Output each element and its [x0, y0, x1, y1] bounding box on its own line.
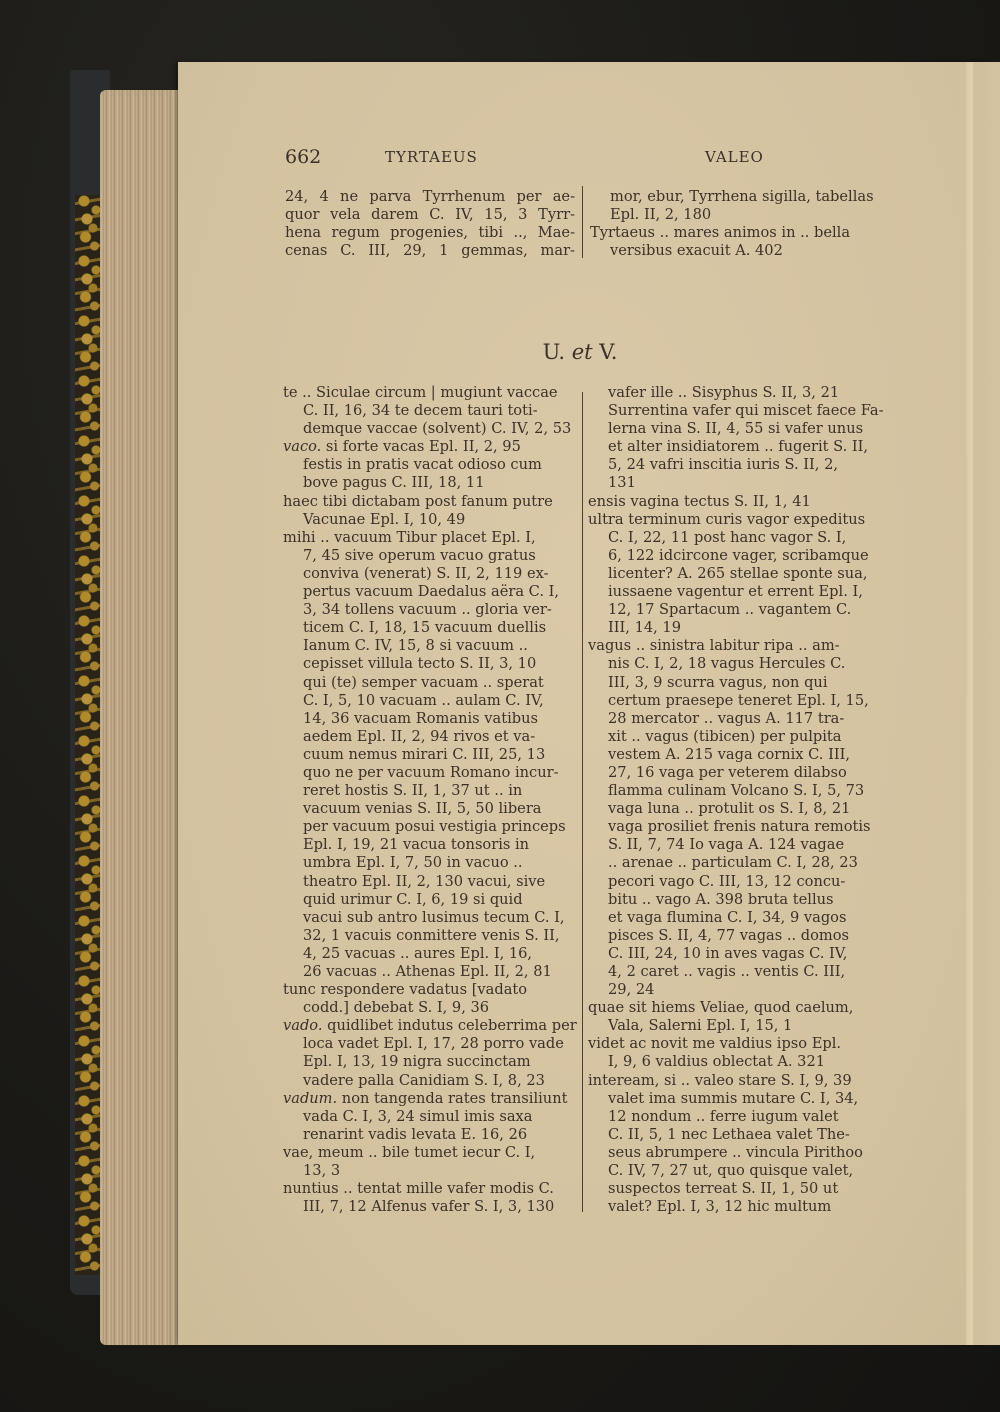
heading-letter-v: V.: [599, 340, 617, 364]
index-line: inteream, si .. valeo stare S. I, 9, 39: [588, 1072, 880, 1090]
index-line: vado. quidlibet indutus celeberrima per: [283, 1017, 575, 1035]
index-line: vestem A. 215 vaga cornix C. III,: [588, 746, 880, 764]
index-line: xit .. vagus (tibicen) per pulpita: [588, 728, 880, 746]
index-line: nis C. I, 2, 18 vagus Hercules C.: [588, 655, 880, 673]
index-line: III, 3, 9 scurra vagus, non qui: [588, 674, 880, 692]
index-line: vada C. I, 3, 24 simul imis saxa: [283, 1108, 575, 1126]
index-line: qui (te) semper vacuam .. sperat: [283, 674, 575, 692]
index-line: pecori vago C. III, 13, 12 concu-: [588, 873, 880, 891]
index-line: quid urimur C. I, 6, 19 si quid: [283, 891, 575, 909]
index-line: licenter? A. 265 stellae sponte sua,: [588, 565, 880, 583]
index-line: et vaga flumina C. I, 34, 9 vagos: [588, 909, 880, 927]
index-line: quo ne per vacuum Romano incur-: [283, 764, 575, 782]
index-line: Surrentina vafer qui miscet faece Fa-: [588, 402, 880, 420]
index-line: cuum nemus mirari C. III, 25, 13: [283, 746, 575, 764]
index-line: mihi .. vacuum Tibur placet Epl. I,: [283, 529, 575, 547]
index-line: Vala, Salerni Epl. I, 15, 1: [588, 1017, 880, 1035]
main-left-column: te .. Siculae circum | mugiunt vaccaeC. …: [283, 384, 575, 1216]
text-line: versibus exacuit A. 402: [590, 242, 885, 260]
top-left-column: 24, 4 ne parva Tyrrhenum per ae- quor ve…: [285, 188, 575, 260]
index-line: C. III, 24, 10 in aves vagas C. IV,: [588, 945, 880, 963]
index-line: 26 vacuas .. Athenas Epl. II, 2, 81: [283, 963, 575, 981]
index-line: C. II, 5, 1 nec Lethaea valet The-: [588, 1126, 880, 1144]
index-line: quae sit hiems Veliae, quod caelum,: [588, 999, 880, 1017]
index-line: umbra Epl. I, 7, 50 in vacuo ..: [283, 854, 575, 872]
index-line: 14, 36 vacuam Romanis vatibus: [283, 710, 575, 728]
lemma-headword: vaco.: [283, 438, 321, 455]
index-line: lerna vina S. II, 4, 55 si vafer unus: [588, 420, 880, 438]
lemma-headword: vado.: [283, 1017, 322, 1034]
text-line: 24, 4 ne parva Tyrrhenum per ae-: [285, 188, 575, 206]
index-line: C. I, 5, 10 vacuam .. aulam C. IV,: [283, 692, 575, 710]
section-heading: U. et V.: [480, 340, 680, 364]
index-line: Vacunae Epl. I, 10, 49: [283, 511, 575, 529]
index-line: ensis vagina tectus S. II, 1, 41: [588, 493, 880, 511]
index-line: vae, meum .. bile tumet iecur C. I,: [283, 1144, 575, 1162]
index-line: vacui sub antro lusimus tecum C. I,: [283, 909, 575, 927]
heading-et: et: [572, 340, 593, 364]
index-line: seus abrumpere .. vincula Pirithoo: [588, 1144, 880, 1162]
lemma-headword: vadum.: [283, 1090, 337, 1107]
index-line: suspectos terreat S. II, 1, 50 ut: [588, 1180, 880, 1198]
index-line: C. IV, 7, 27 ut, quo quisque valet,: [588, 1162, 880, 1180]
index-line: 131: [588, 474, 880, 492]
main-right-column: vafer ille .. Sisyphus S. II, 3, 21Surre…: [588, 384, 880, 1216]
text-line: cenas C. III, 29, 1 gemmas, mar-: [285, 242, 575, 260]
column-rule-top: [582, 186, 583, 258]
index-line: flamma culinam Volcano S. I, 5, 73: [588, 782, 880, 800]
index-line: 3, 34 tollens vacuum .. gloria ver-: [283, 601, 575, 619]
index-line: conviva (venerat) S. II, 2, 119 ex-: [283, 565, 575, 583]
running-head: 662 TYRTAEUS VALEO: [285, 148, 805, 168]
index-line: nuntius .. tentat mille vafer modis C.: [283, 1180, 575, 1198]
index-line: iussaene vagentur et errent Epl. I,: [588, 583, 880, 601]
index-line: certum praesepe teneret Epl. I, 15,: [588, 692, 880, 710]
index-line: C. I, 22, 11 post hanc vagor S. I,: [588, 529, 880, 547]
index-line: vaga prosiliet frenis natura remotis: [588, 818, 880, 836]
running-head-left: TYRTAEUS: [385, 148, 478, 166]
index-line: renarint vadis levata E. 16, 26: [283, 1126, 575, 1144]
index-line: valet? Epl. I, 3, 12 hic multum: [588, 1198, 880, 1216]
text-line: hena regum progenies, tibi .., Mae-: [285, 224, 575, 242]
index-line: codd.] debebat S. I, 9, 36: [283, 999, 575, 1017]
index-line: et alter insidiatorem .. fugerit S. II,: [588, 438, 880, 456]
index-line: vaga luna .. protulit os S. I, 8, 21: [588, 800, 880, 818]
index-line: 12, 17 Spartacum .. vagantem C.: [588, 601, 880, 619]
index-line: pertus vacuum Daedalus aëra C. I,: [283, 583, 575, 601]
index-line: Ianum C. IV, 15, 8 si vacuum ..: [283, 637, 575, 655]
index-line: loca vadet Epl. I, 17, 28 porro vade: [283, 1035, 575, 1053]
index-line: per vacuum posui vestigia princeps: [283, 818, 575, 836]
index-line: festis in pratis vacat odioso cum: [283, 456, 575, 474]
index-line: 32, 1 vacuis conmittere venis S. II,: [283, 927, 575, 945]
text-line: Tyrtaeus .. mares animos in .. bella: [590, 224, 885, 242]
page-number: 662: [285, 146, 321, 168]
index-line: vacuum venias S. II, 5, 50 libera: [283, 800, 575, 818]
text-line: mor, ebur, Tyrrhena sigilla, tabellas: [590, 188, 885, 206]
index-line: vaco. si forte vacas Epl. II, 2, 95: [283, 438, 575, 456]
index-line: III, 7, 12 Alfenus vafer S. I, 3, 130: [283, 1198, 575, 1216]
index-line: 13, 3: [283, 1162, 575, 1180]
index-line: te .. Siculae circum | mugiunt vaccae: [283, 384, 575, 402]
index-line: Epl. I, 13, 19 nigra succinctam: [283, 1053, 575, 1071]
index-line: 28 mercator .. vagus A. 117 tra-: [588, 710, 880, 728]
index-line: bitu .. vago A. 398 bruta tellus: [588, 891, 880, 909]
index-line: 27, 16 vaga per veterem dilabso: [588, 764, 880, 782]
top-right-column: mor, ebur, Tyrrhena sigilla, tabellas Ep…: [590, 188, 885, 260]
index-line: pisces S. II, 4, 77 vagas .. domos: [588, 927, 880, 945]
column-rule-main: [582, 392, 583, 1212]
index-line: bove pagus C. III, 18, 11: [283, 474, 575, 492]
index-line: vafer ille .. Sisyphus S. II, 3, 21: [588, 384, 880, 402]
index-line: III, 14, 19: [588, 619, 880, 637]
page-block-edges: [100, 90, 180, 1345]
index-line: tunc respondere vadatus [vadato: [283, 981, 575, 999]
text-line: Epl. II, 2, 180: [590, 206, 885, 224]
index-line: vadere palla Canidiam S. I, 8, 23: [283, 1072, 575, 1090]
index-line: ultra terminum curis vagor expeditus: [588, 511, 880, 529]
text-line: quor vela darem C. IV, 15, 3 Tyrr-: [285, 206, 575, 224]
index-line: 4, 2 caret .. vagis .. ventis C. III,: [588, 963, 880, 981]
index-line: 6, 122 idcircone vager, scribamque: [588, 547, 880, 565]
index-line: videt ac novit me valdius ipso Epl.: [588, 1035, 880, 1053]
index-line: 7, 45 sive operum vacuo gratus: [283, 547, 575, 565]
index-line: aedem Epl. II, 2, 94 rivos et va-: [283, 728, 575, 746]
index-line: Epl. I, 19, 21 vacua tonsoris in: [283, 836, 575, 854]
index-line: ticem C. I, 18, 15 vacuum duellis: [283, 619, 575, 637]
index-line: cepisset villula tecto S. II, 3, 10: [283, 655, 575, 673]
index-line: vadum. non tangenda rates transiliunt: [283, 1090, 575, 1108]
index-line: 29, 24: [588, 981, 880, 999]
index-line: 4, 25 vacuas .. aures Epl. I, 16,: [283, 945, 575, 963]
index-line: haec tibi dictabam post fanum putre: [283, 493, 575, 511]
next-page-edge: [966, 62, 1000, 1345]
running-head-right: VALEO: [705, 148, 764, 166]
index-line: valet ima summis mutare C. I, 34,: [588, 1090, 880, 1108]
index-line: reret hostis S. II, 1, 37 ut .. in: [283, 782, 575, 800]
heading-letter-u: U.: [543, 340, 565, 364]
index-line: I, 9, 6 valdius oblectat A. 321: [588, 1053, 880, 1071]
index-line: .. arenae .. particulam C. I, 28, 23: [588, 854, 880, 872]
index-line: 5, 24 vafri inscitia iuris S. II, 2,: [588, 456, 880, 474]
index-line: vagus .. sinistra labitur ripa .. am-: [588, 637, 880, 655]
index-line: C. II, 16, 34 te decem tauri toti-: [283, 402, 575, 420]
index-line: theatro Epl. II, 2, 130 vacui, sive: [283, 873, 575, 891]
index-line: 12 nondum .. ferre iugum valet: [588, 1108, 880, 1126]
index-line: demque vaccae (solvent) C. IV, 2, 53: [283, 420, 575, 438]
index-line: S. II, 7, 74 Io vaga A. 124 vagae: [588, 836, 880, 854]
